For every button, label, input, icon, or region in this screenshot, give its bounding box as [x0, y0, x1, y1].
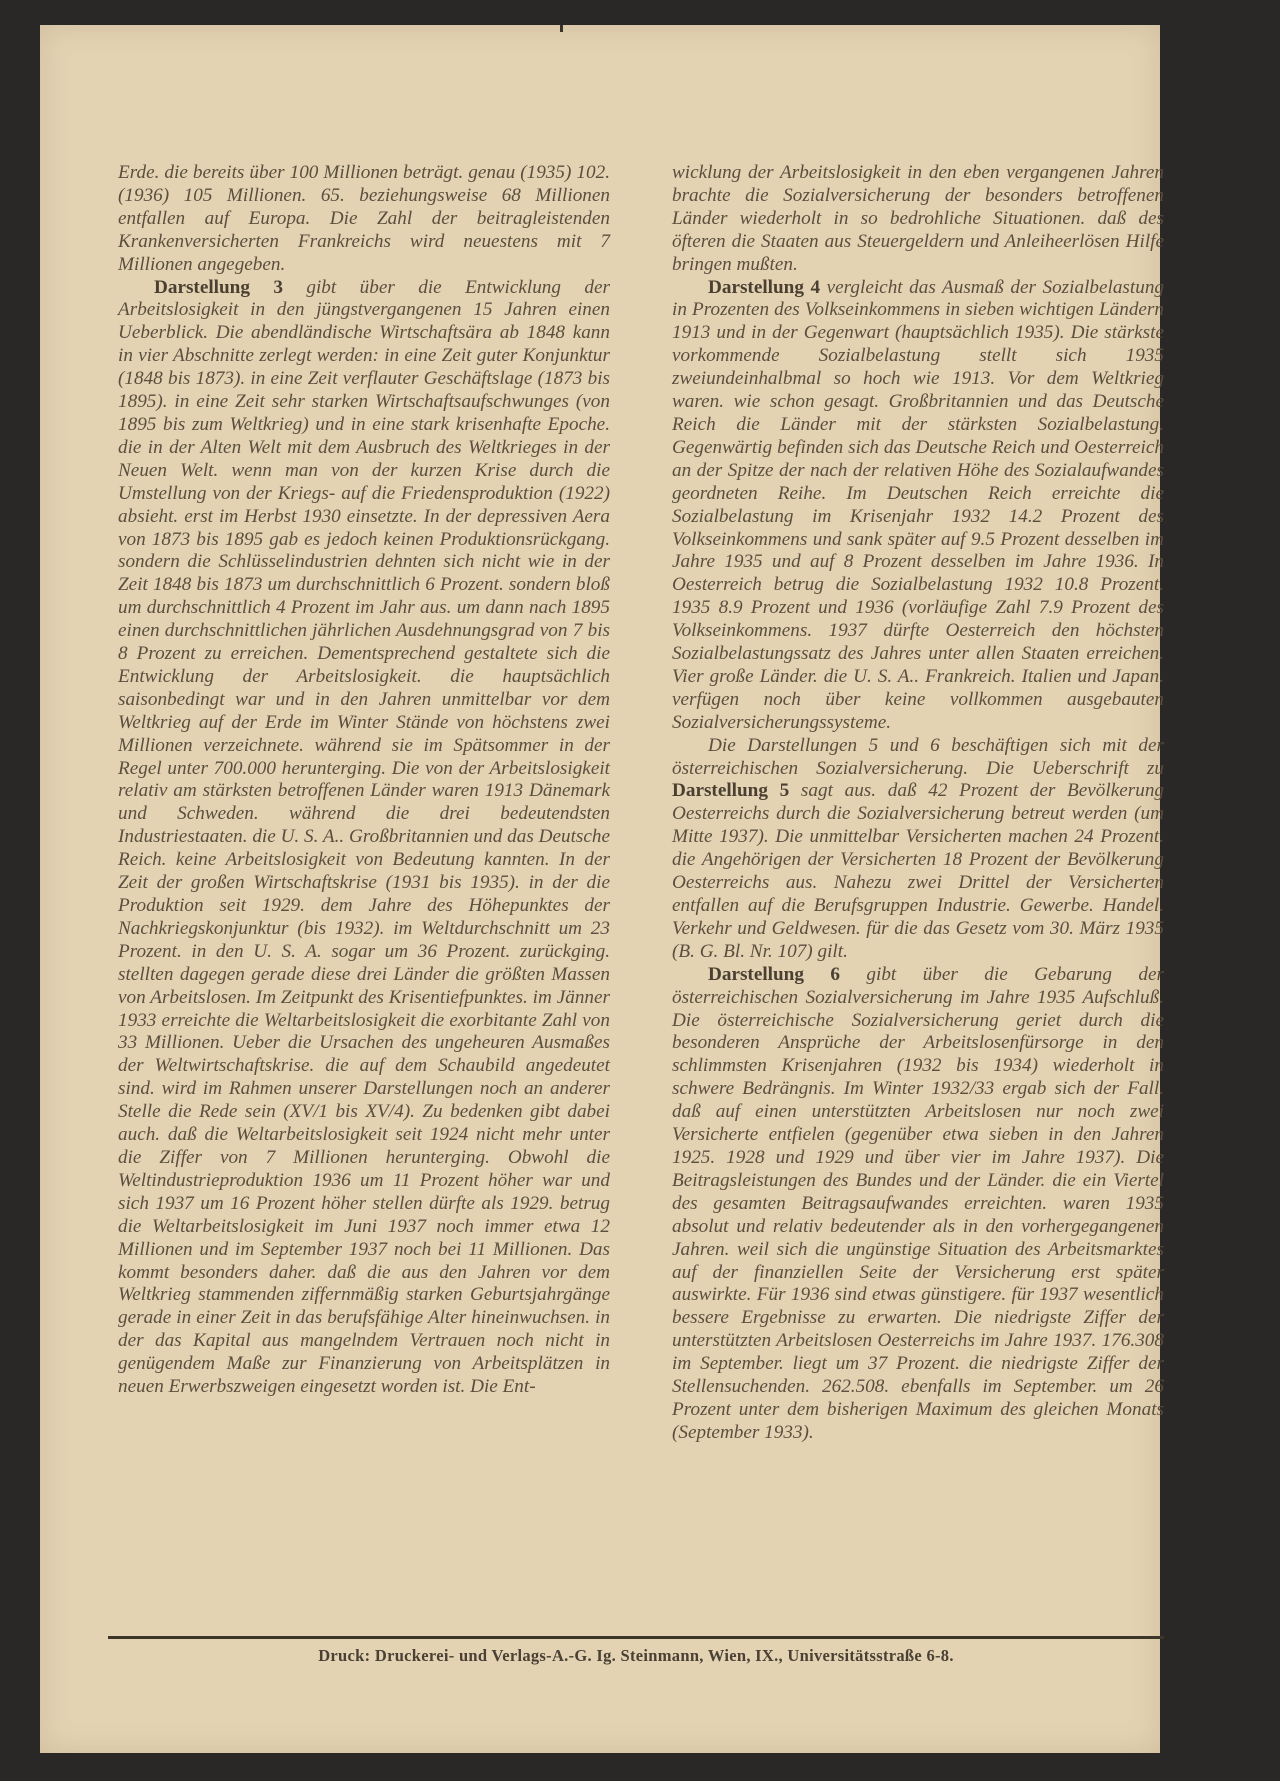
paragraph-text: wicklung der Arbeitslosigkeit in den ebe…	[672, 162, 1164, 275]
paragraph-text: gibt über die Entwicklung der Arbeitslos…	[118, 277, 610, 1398]
paragraph-text: sagt aus. daß 42 Prozent der Bevölkerung…	[672, 780, 1164, 961]
section-lead-darstellung-5: Darstellung 5	[672, 780, 789, 801]
right-column: wicklung der Arbeitslosigkeit in den ebe…	[672, 162, 1164, 1445]
two-column-body: Erde. die bereits über 100 Millionen bet…	[118, 162, 1164, 1445]
paragraph-intro: Erde. die bereits über 100 Millionen bet…	[118, 162, 610, 277]
paragraph-text: Erde. die bereits über 100 Millionen bet…	[118, 162, 610, 275]
paragraph-text: gibt über die Gebarung der österreichisc…	[672, 964, 1164, 1443]
footer-rule	[108, 1636, 1164, 1639]
section-lead-darstellung-6: Darstellung 6	[708, 964, 840, 985]
pin-mark	[560, 25, 563, 32]
paragraph-text: Die Darstellungen 5 und 6 beschäftigen s…	[672, 735, 1164, 779]
left-column: Erde. die bereits über 100 Millionen bet…	[118, 162, 610, 1445]
paragraph-darstellung-5: Die Darstellungen 5 und 6 beschäftigen s…	[672, 735, 1164, 964]
paragraph-text: vergleicht das Ausmaß der Sozialbelastun…	[672, 277, 1164, 733]
section-lead-darstellung-4: Darstellung 4	[708, 277, 820, 298]
printer-imprint: Druck: Druckerei- und Verlags-A.-G. Ig. …	[108, 1646, 1164, 1666]
paragraph-darstellung-6: Darstellung 6 gibt über die Gebarung der…	[672, 964, 1164, 1445]
section-lead-darstellung-3: Darstellung 3	[154, 277, 283, 298]
paragraph-darstellung-4: Darstellung 4 vergleicht das Ausmaß der …	[672, 277, 1164, 735]
paragraph-continuation: wicklung der Arbeitslosigkeit in den ebe…	[672, 162, 1164, 277]
paragraph-darstellung-3: Darstellung 3 gibt über die Entwicklung …	[118, 277, 610, 1399]
